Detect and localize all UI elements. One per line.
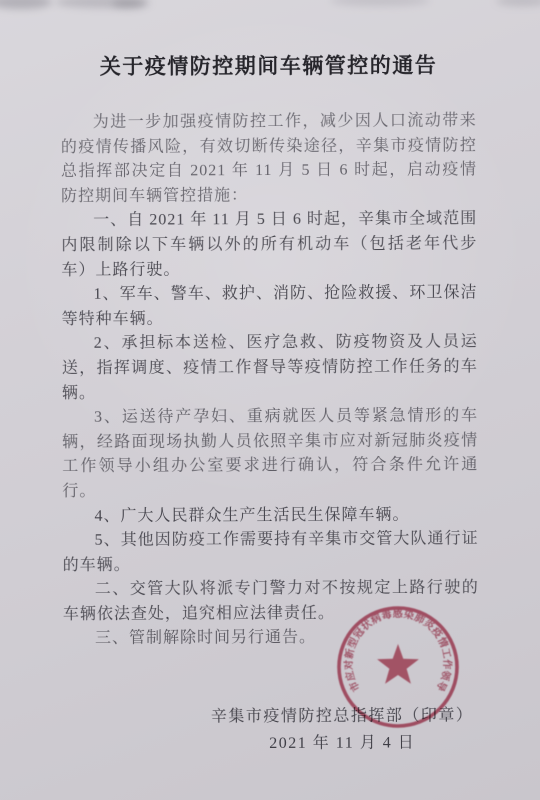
issue-date: 2021 年 11 月 4 日 — [211, 729, 474, 757]
photo-edge-mark — [112, 0, 146, 8]
document-title: 关于疫情防控期间车辆管控的通告 — [60, 49, 476, 81]
photo-edge-mark — [330, 0, 430, 6]
paragraph-item-1: 一、自 2021 年 11 月 5 日 6 时起，辛集市全域范围内限制除以下车辆… — [61, 207, 477, 283]
paragraph-sub-4: 4、广大人民群众生产生活民生保障车辆。 — [62, 503, 478, 529]
paragraph-sub-3: 3、运送待产孕妇、重病就医人员等紧急情形的车辆，经路面现场执勤人员依照辛集市应对… — [62, 404, 478, 504]
star-icon — [377, 644, 419, 684]
document-photo: 关于疫情防控期间车辆管控的通告 为进一步加强疫情防控工作，减少因人口流动带来的疫… — [0, 0, 540, 800]
official-seal: 辛集市应对新型冠状病毒感染肺炎疫情工作领导小组 — [333, 602, 463, 732]
seal-ring-text: 辛集市应对新型冠状病毒感染肺炎疫情工作领导小组 — [333, 602, 454, 694]
paragraph-sub-5: 5、其他因防疫工作需要持有辛集市交管大队通行证的车辆。 — [63, 527, 479, 578]
photo-edge-mark — [0, 0, 52, 9]
paragraph-intro: 为进一步加强疫情防控工作，减少因人口流动带来的疫情传播风险，有效切断传染途径，辛… — [61, 109, 477, 209]
paragraph-sub-2: 2、承担标本送检、医疗急救、防疫物资及人员运送，指挥调度、疫情工作督导等疫情防控… — [62, 330, 478, 406]
seal-ring-text-container: 辛集市应对新型冠状病毒感染肺炎疫情工作领导小组 — [333, 602, 454, 694]
document-body: 为进一步加强疫情防控工作，减少因人口流动带来的疫情传播风险，有效切断传染途径，辛… — [61, 109, 479, 652]
photo-edge-mark — [496, 0, 540, 6]
paragraph-sub-1: 1、军车、警车、救护、消防、抢险救援、环卫保洁等特种车辆。 — [61, 281, 477, 332]
